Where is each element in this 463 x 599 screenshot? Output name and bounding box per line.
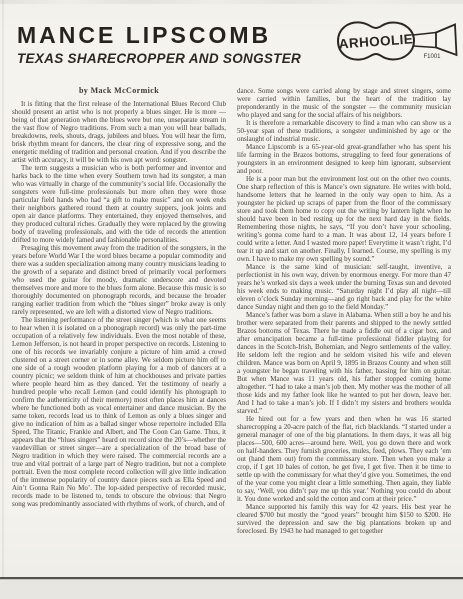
arhoolie-logo: ARHOOLIE F1001 (335, 16, 459, 66)
page-title: MANCE LIPSCOMB (17, 22, 271, 49)
right-column: dance. Some songs were carried along by … (237, 87, 451, 535)
guitar-icon: ARHOOLIE F1001 (335, 16, 459, 66)
bottom-page-rule (0, 577, 463, 579)
paragraph: Mance is the same kind of musician: self… (237, 263, 451, 311)
scan-edge-left (2, 0, 4, 577)
guitar-headstock (436, 25, 457, 56)
paragraph: Mance’s father was born a slave in Alaba… (237, 311, 451, 415)
guitar-neck-top (413, 33, 436, 36)
paragraph: Presaging this movement away from the tr… (12, 244, 226, 316)
left-column: It is fitting that the first release of … (12, 100, 226, 508)
paragraph: It is therefore a remarkable discovery t… (237, 119, 451, 143)
paragraph: Mance Lipscomb is a 65-year-old great-gr… (237, 143, 451, 175)
guitar-neck-bottom (413, 46, 436, 48)
byline: by Mack McCormick (12, 86, 226, 95)
paragraph: Mance supported his family this way for … (237, 503, 451, 535)
paragraph: It is fitting that the first release of … (12, 100, 226, 164)
paragraph: He hired out for a few years and then wh… (237, 415, 451, 503)
catalog-number: F1001 (423, 54, 441, 60)
scanned-liner-notes-page: { "header": { "title": "MANCE LIPSCOMB",… (0, 0, 463, 599)
scan-edge-top (0, 0, 463, 4)
logo-label: ARHOOLIE (338, 31, 413, 51)
paragraph: The term suggests a musician who is both… (12, 164, 226, 244)
paragraph: The listening performance of the street … (12, 316, 226, 508)
paragraph: dance. Some songs were carried along by … (237, 87, 451, 119)
paragraph: He is a poor man but the environment los… (237, 175, 451, 263)
page-subtitle: TEXAS SHARECROPPER AND SONGSTER (17, 51, 301, 66)
